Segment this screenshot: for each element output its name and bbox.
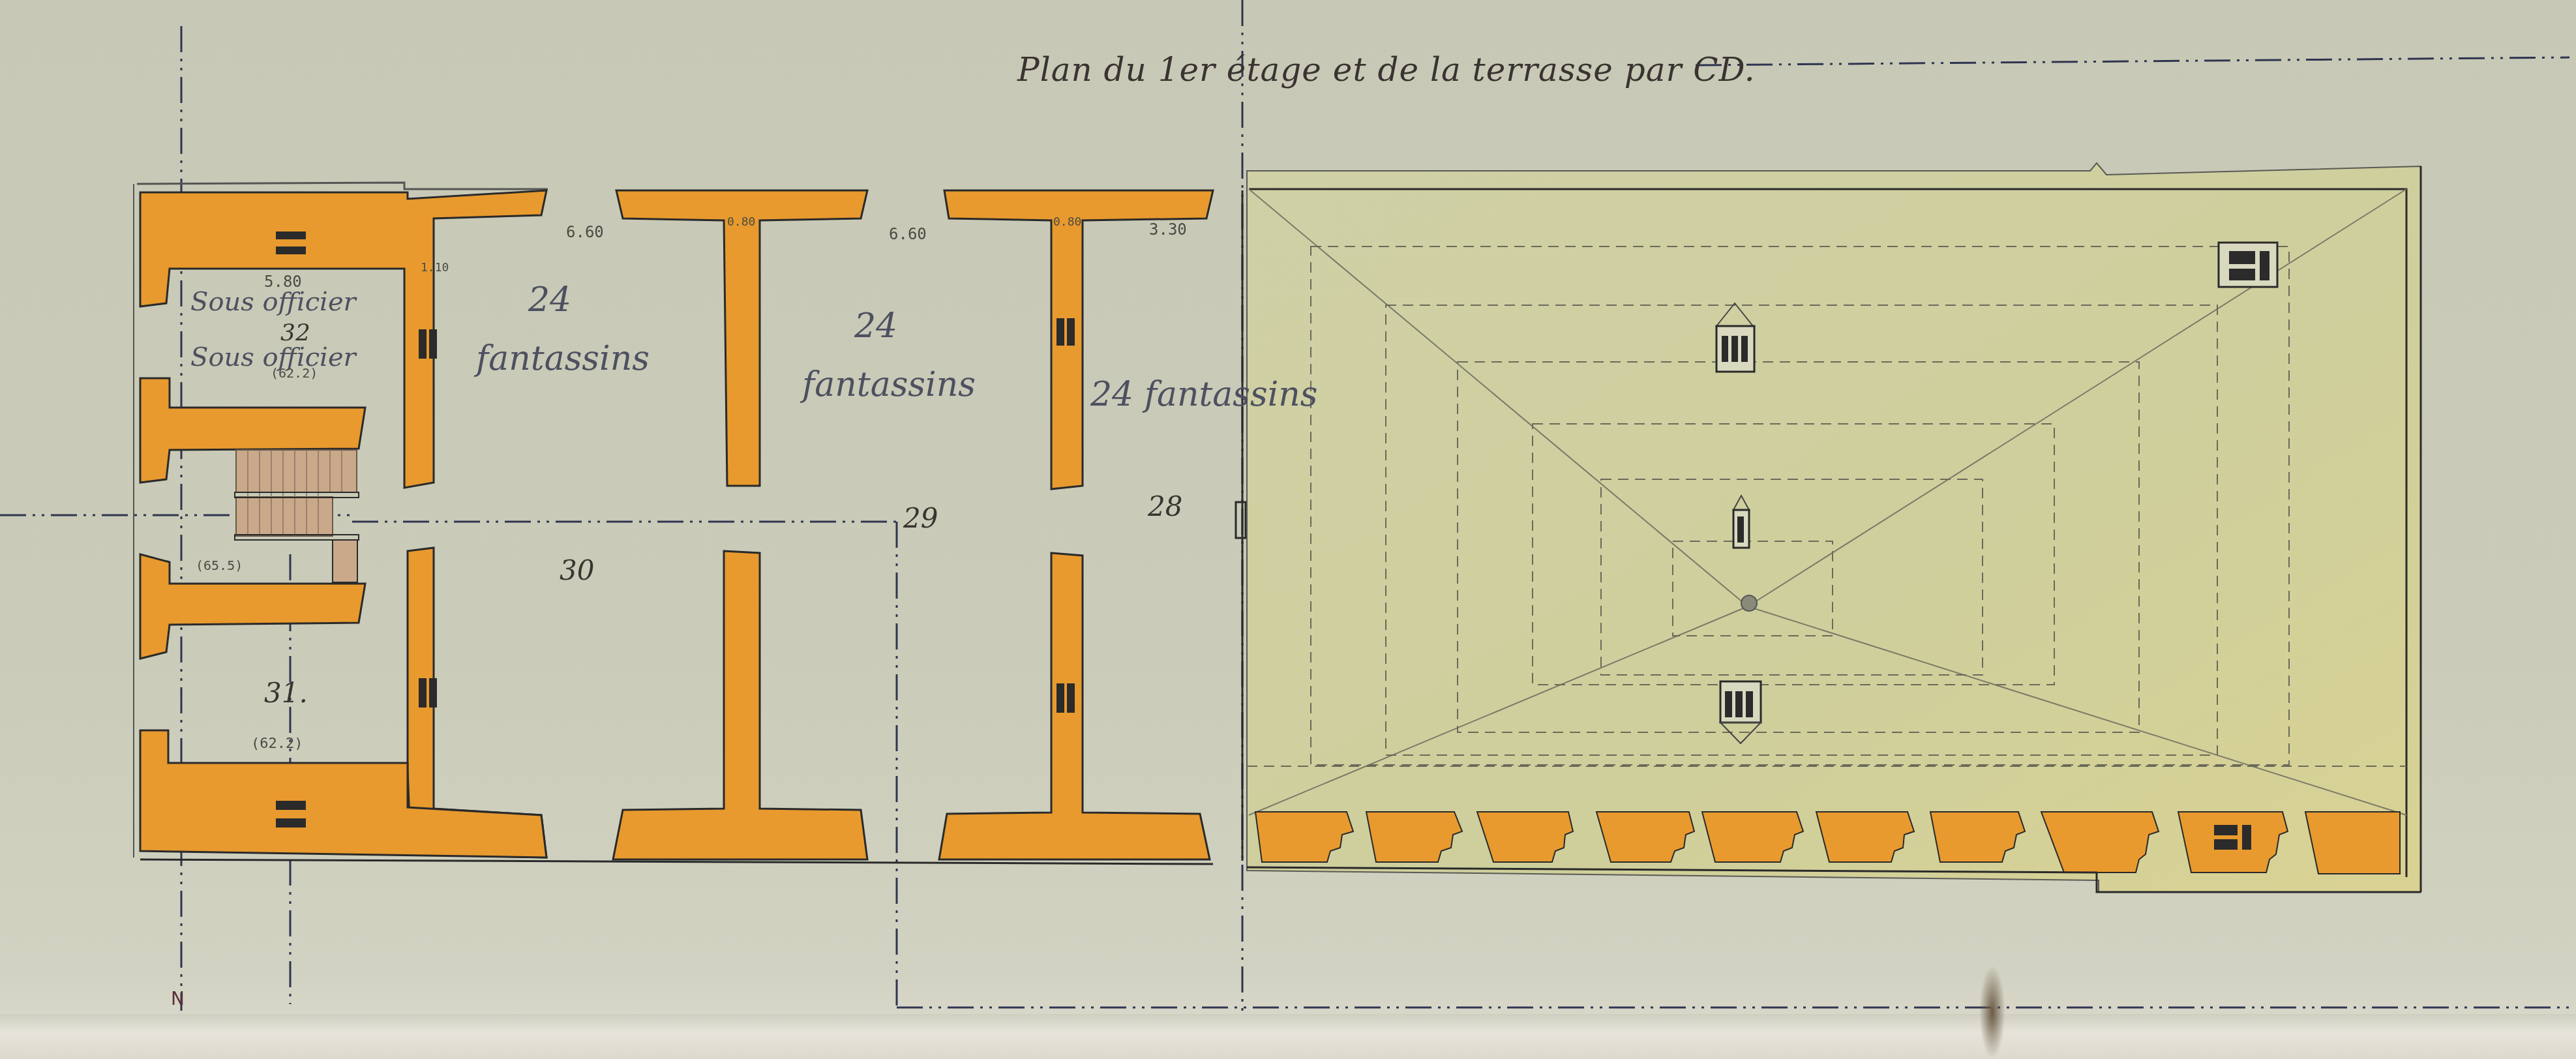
room-30-label-2: fantassins — [476, 339, 650, 378]
room-29-label-2: fantassins — [802, 365, 976, 404]
room-32-note: (62.2) — [271, 365, 318, 381]
room-29-label-1: 24 — [854, 306, 897, 346]
room-28-number: 28 — [1148, 490, 1182, 522]
room-29-number: 29 — [903, 502, 938, 534]
room-30-label-1: 24 — [528, 280, 571, 320]
room-30-number: 30 — [560, 554, 594, 586]
floor-plan-drawing — [0, 0, 2576, 1059]
flue-icons — [276, 231, 1075, 828]
room-31-number: 31. — [264, 677, 308, 709]
room-30-dimension: 6.60 — [566, 223, 604, 241]
margin-mark: N — [171, 988, 185, 1009]
room-32-label-1: Sous officier — [190, 287, 356, 317]
plan-title: Plan du 1er étage et de la terrasse par … — [1017, 51, 1756, 89]
room-29-dimension: 6.60 — [889, 225, 927, 243]
room-31-note: (62.2) — [251, 736, 303, 752]
paper-fold — [0, 1014, 2576, 1059]
room-28-label: 24 fantassins — [1090, 375, 1318, 414]
wall-dimension-3: 0.80 — [1053, 215, 1081, 229]
room-28-dimension: 3.30 — [1149, 220, 1187, 239]
paper-tear — [1979, 965, 2005, 1059]
terrace-plan — [1247, 163, 2421, 892]
architectural-plan-sheet: Plan du 1er étage et de la terrasse par … — [0, 0, 2576, 1059]
wall-dimension-2: 0.80 — [727, 215, 755, 229]
roof-chimney-northeast — [2219, 243, 2277, 287]
wall-dimension-1: 1.10 — [421, 261, 449, 275]
stair-note: (65.5) — [196, 558, 243, 573]
